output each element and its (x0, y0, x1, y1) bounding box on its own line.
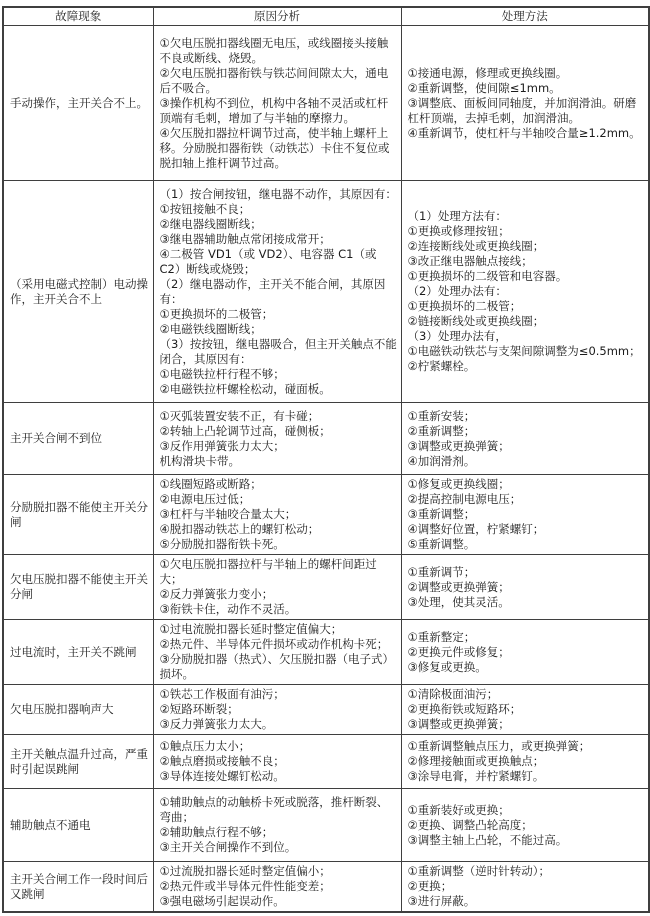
table-row: 过电流时，主开关不跳闸 ①过电流脱扣器长延时整定值偏大； ②热元件、半导体元件损… (3, 620, 649, 685)
treatment-method-cell: ①重新调节； ②调整或更换弹簧； ③处理，使其灵活。 (401, 555, 649, 620)
treatment-method-cell: ①重新装好或更换； ②更换、调整凸轮高度； ③调整主轴上凸轮，不能过高。 (401, 789, 649, 862)
methods-text: ①重新调节； ②调整或更换弹簧； ③处理，使其灵活。 (408, 565, 646, 610)
table-row: 辅助触点不通电 ①辅助触点的动触桥卡死或脱落，推杆断裂、弯曲； ②辅助触点行程不… (3, 789, 649, 862)
phenomenon-text: 辅助触点不通电 (10, 818, 150, 833)
table-row: 主开关触点温升过高，严重时引起误跳闸 ①触点压力太小； ②触点磨损或接触不良； … (3, 735, 649, 789)
causes-text: ①欠电压脱扣器线圈无电压，或线圈接头接触不良或断线、烧毁。 ②欠电压脱扣器衔铁与… (160, 36, 398, 171)
phenomenon-text: 主开关触点温升过高，严重时引起误跳闸 (10, 747, 150, 777)
table-row: 欠电压脱扣器响声大 ①铁芯工作极面有油污； ②短路环断裂； ③反力弹簧张力太大。… (3, 685, 649, 735)
phenomenon-text: 过电流时，主开关不跳闸 (10, 645, 150, 660)
phenomenon-text: 主开关合闸工作一段时间后又跳闸 (10, 872, 150, 902)
fault-phenomenon-cell: 辅助触点不通电 (3, 789, 153, 862)
table-row: 分励脱扣器不能使主开关分闸 ①线圈短路或断路； ②电源电压过低； ③杠杆与半轴咬… (3, 475, 649, 555)
table-row: 手动操作，主开关合不上。 ①欠电压脱扣器线圈无电压，或线圈接头接触不良或断线、烧… (3, 26, 649, 181)
methods-text: ①重新调整（逆时针转动）； ②更换； ③进行屏蔽。 (408, 864, 646, 909)
causes-text: ①线圈短路或断路； ②电源电压过低； ③杠杆与半轴咬合量太大； ④脱扣器动铁芯上… (160, 477, 398, 552)
cause-analysis-cell: ①欠电压脱扣器拉杆与半轴上的螺杆间距过大； ②反力弹簧张力变小； ③衔铁卡住，动… (153, 555, 401, 620)
cause-analysis-cell: ①灭弧装置安装不正，有卡碰； ②转轴上凸轮调节过高，碰侧板； ③反作用弹簧张力太… (153, 403, 401, 475)
fault-phenomenon-cell: 过电流时，主开关不跳闸 (3, 620, 153, 685)
fault-phenomenon-cell: 分励脱扣器不能使主开关分闸 (3, 475, 153, 555)
cause-analysis-cell: ①过电流脱扣器长延时整定值偏大； ②热元件、半导体元件损坏或动作机构卡死； ③分… (153, 620, 401, 685)
treatment-method-cell: ①重新调整触点压力，或更换弹簧； ②修理接触面或更换触点； ③涂导电膏，并柠紧螺… (401, 735, 649, 789)
header-fault-phenomenon: 故障现象 (3, 7, 153, 26)
methods-text: ①重新安装； ②重新调整； ③调整或更换弹簧； ④加润滑剂。 (408, 409, 646, 469)
fault-phenomenon-cell: 主开关合闸不到位 (3, 403, 153, 475)
fault-phenomenon-cell: 主开关合闸工作一段时间后又跳闸 (3, 862, 153, 913)
phenomenon-text: 主开关合闸不到位 (10, 431, 150, 446)
fault-troubleshooting-table: 故障现象 原因分析 处理方法 手动操作，主开关合不上。 ①欠电压脱扣器线圈无电压… (2, 6, 650, 913)
treatment-method-cell: ①重新安装； ②重新调整； ③调整或更换弹簧； ④加润滑剂。 (401, 403, 649, 475)
phenomenon-text: 手动操作，主开关合不上。 (10, 96, 150, 111)
causes-text: ①过流脱扣器长延时整定值偏小； ②热元件或半导体元件性能变差； ③强电磁场引起误… (160, 864, 398, 909)
table-row: （采用电磁式控制）电动操作，主开关合不上 （1）按合闸按钮，继电器不动作，其原因… (3, 181, 649, 403)
causes-text: ①灭弧装置安装不正，有卡碰； ②转轴上凸轮调节过高，碰侧板； ③反作用弹簧张力太… (160, 409, 398, 469)
causes-text: ①触点压力太小； ②触点磨损或接触不良； ③导体连接处螺钉松动。 (160, 739, 398, 784)
treatment-method-cell: ①重新整定； ②更换元件或修复； ③修复或更换。 (401, 620, 649, 685)
causes-text: ①辅助触点的动触桥卡死或脱落，推杆断裂、弯曲； ②辅助触点行程不够； ③主开关合… (160, 795, 398, 855)
causes-text: ①铁芯工作极面有油污； ②短路环断裂； ③反力弹簧张力太大。 (160, 687, 398, 732)
phenomenon-text: （采用电磁式控制）电动操作，主开关合不上 (10, 277, 150, 307)
causes-text: （1）按合闸按钮，继电器不动作，其原因有： ①按钮接触不良； ②继电器线圈断线；… (160, 187, 398, 397)
table-row: 主开关合闸不到位 ①灭弧装置安装不正，有卡碰； ②转轴上凸轮调节过高，碰侧板； … (3, 403, 649, 475)
cause-analysis-cell: ①触点压力太小； ②触点磨损或接触不良； ③导体连接处螺钉松动。 (153, 735, 401, 789)
treatment-method-cell: ①修复或更换线圈； ②提高控制电源电压； ③重新调整； ④调整好位置，柠紧螺钉；… (401, 475, 649, 555)
table-row: 主开关合闸工作一段时间后又跳闸 ①过流脱扣器长延时整定值偏小； ②热元件或半导体… (3, 862, 649, 913)
treatment-method-cell: ①接通电源，修理或更换线圈。 ②重新调整，使间隙≤1mm。 ③调整底、面板间同轴… (401, 26, 649, 181)
fault-phenomenon-cell: 主开关触点温升过高，严重时引起误跳闸 (3, 735, 153, 789)
fault-phenomenon-cell: 欠电压脱扣器响声大 (3, 685, 153, 735)
header-label: 故障现象 (55, 9, 101, 23)
treatment-method-cell: ①清除极面油污； ②更换衔铁或短路环； ③调整或更换弹簧； (401, 685, 649, 735)
table-row: 欠电压脱扣器不能使主开关分闸 ①欠电压脱扣器拉杆与半轴上的螺杆间距过大； ②反力… (3, 555, 649, 620)
methods-text: ①清除极面油污； ②更换衔铁或短路环； ③调整或更换弹簧； (408, 687, 646, 732)
methods-text: ①重新装好或更换； ②更换、调整凸轮高度； ③调整主轴上凸轮，不能过高。 (408, 803, 646, 848)
methods-text: （1）处理方法有： ①更换或修理按钮； ②连接断线处或更换线圈； ③改正继电器触… (408, 209, 646, 374)
table-header-row: 故障现象 原因分析 处理方法 (3, 7, 649, 26)
methods-text: ①修复或更换线圈； ②提高控制电源电压； ③重新调整； ④调整好位置，柠紧螺钉；… (408, 477, 646, 552)
causes-text: ①过电流脱扣器长延时整定值偏大； ②热元件、半导体元件损坏或动作机构卡死； ③分… (160, 622, 398, 682)
fault-phenomenon-cell: 欠电压脱扣器不能使主开关分闸 (3, 555, 153, 620)
cause-analysis-cell: ①过流脱扣器长延时整定值偏小； ②热元件或半导体元件性能变差； ③强电磁场引起误… (153, 862, 401, 913)
phenomenon-text: 分励脱扣器不能使主开关分闸 (10, 500, 150, 530)
cause-analysis-cell: ①线圈短路或断路； ②电源电压过低； ③杠杆与半轴咬合量太大； ④脱扣器动铁芯上… (153, 475, 401, 555)
header-treatment-method: 处理方法 (401, 7, 649, 26)
cause-analysis-cell: ①欠电压脱扣器线圈无电压，或线圈接头接触不良或断线、烧毁。 ②欠电压脱扣器衔铁与… (153, 26, 401, 181)
phenomenon-text: 欠电压脱扣器不能使主开关分闸 (10, 572, 150, 602)
cause-analysis-cell: （1）按合闸按钮，继电器不动作，其原因有： ①按钮接触不良； ②继电器线圈断线；… (153, 181, 401, 403)
treatment-method-cell: ①重新调整（逆时针转动）； ②更换； ③进行屏蔽。 (401, 862, 649, 913)
treatment-method-cell: （1）处理方法有： ①更换或修理按钮； ②连接断线处或更换线圈； ③改正继电器触… (401, 181, 649, 403)
fault-phenomenon-cell: 手动操作，主开关合不上。 (3, 26, 153, 181)
header-label: 处理方法 (502, 9, 548, 23)
phenomenon-text: 欠电压脱扣器响声大 (10, 702, 150, 717)
document-page: 故障现象 原因分析 处理方法 手动操作，主开关合不上。 ①欠电压脱扣器线圈无电压… (0, 0, 650, 916)
cause-analysis-cell: ①辅助触点的动触桥卡死或脱落，推杆断裂、弯曲； ②辅助触点行程不够； ③主开关合… (153, 789, 401, 862)
causes-text: ①欠电压脱扣器拉杆与半轴上的螺杆间距过大； ②反力弹簧张力变小； ③衔铁卡住，动… (160, 557, 398, 617)
header-cause-analysis: 原因分析 (153, 7, 401, 26)
methods-text: ①重新调整触点压力，或更换弹簧； ②修理接触面或更换触点； ③涂导电膏，并柠紧螺… (408, 739, 646, 784)
methods-text: ①接通电源，修理或更换线圈。 ②重新调整，使间隙≤1mm。 ③调整底、面板间同轴… (408, 66, 646, 141)
fault-phenomenon-cell: （采用电磁式控制）电动操作，主开关合不上 (3, 181, 153, 403)
header-label: 原因分析 (254, 9, 300, 23)
cause-analysis-cell: ①铁芯工作极面有油污； ②短路环断裂； ③反力弹簧张力太大。 (153, 685, 401, 735)
methods-text: ①重新整定； ②更换元件或修复； ③修复或更换。 (408, 630, 646, 675)
